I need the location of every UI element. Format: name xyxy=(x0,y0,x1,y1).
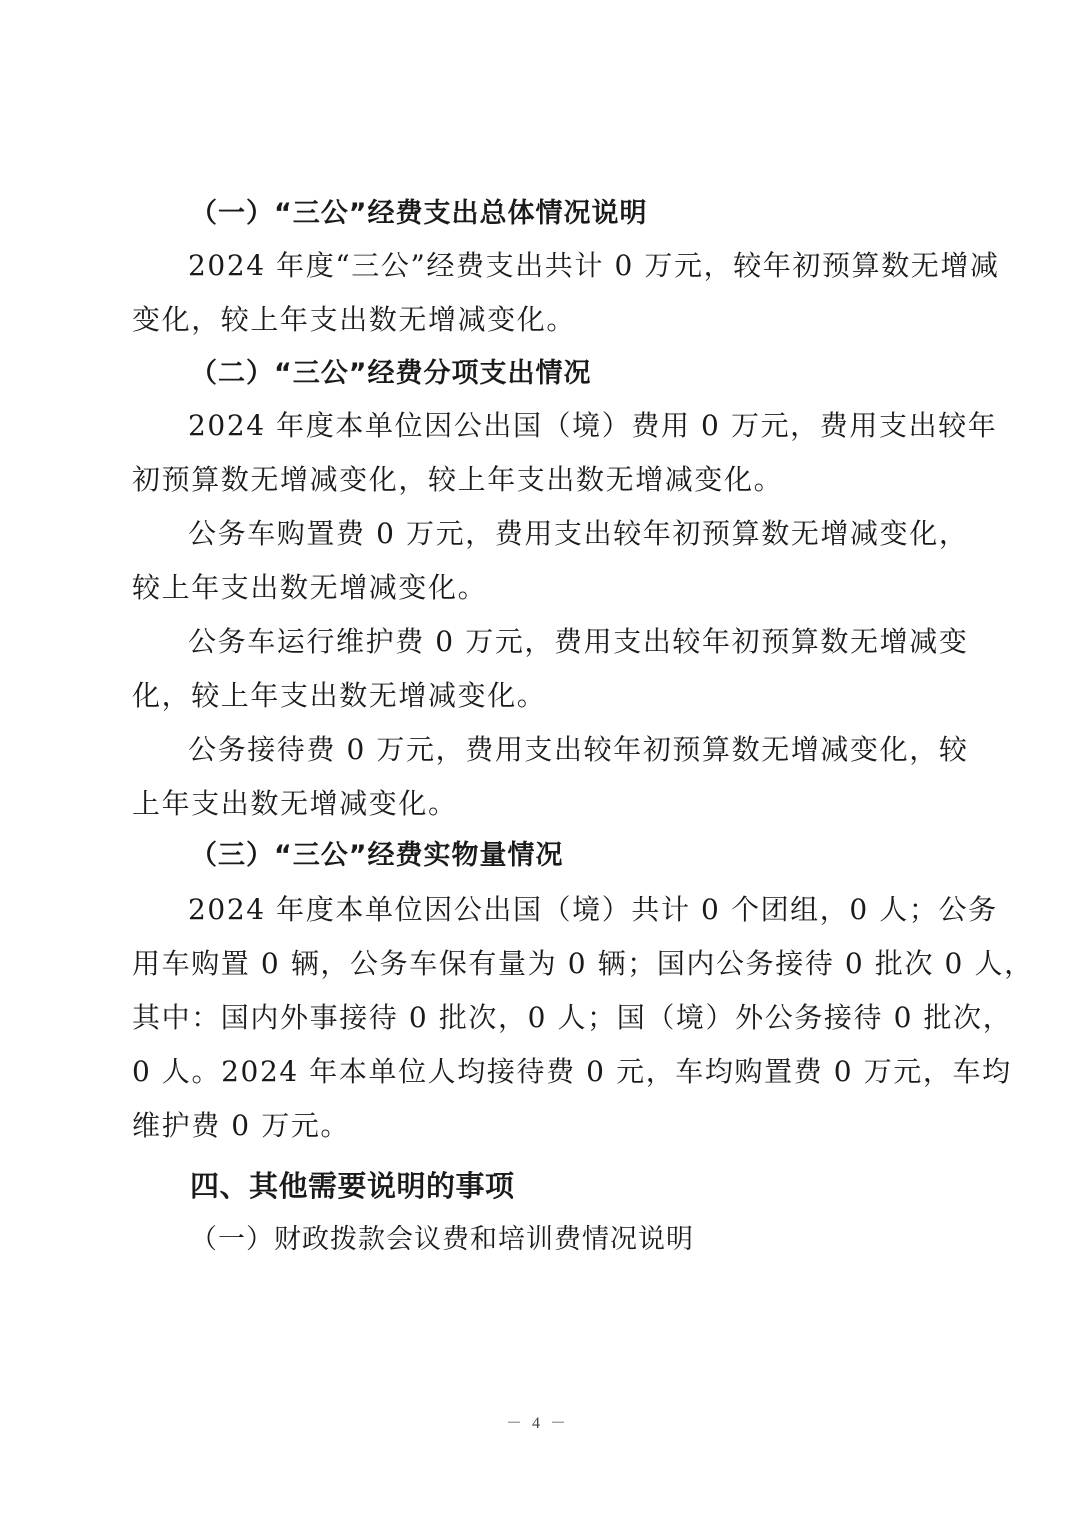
paragraph-line: 上年支出数无增减变化。 xyxy=(132,786,944,822)
paragraph-line: 公务车运行维护费 0 万元，费用支出较年初预算数无增减变 xyxy=(188,624,944,660)
section-heading-itemized: （二）“三公”经费分项支出情况 xyxy=(190,356,1002,392)
paragraph-line: 其中：国内外事接待 0 批次，0 人；国（境）外公务接待 0 批次， xyxy=(132,1000,944,1036)
document-page: （一）“三公”经费支出总体情况说明 2024 年度“三公”经费支出共计 0 万元… xyxy=(0,0,1075,1520)
paragraph-line: 化，较上年支出数无增减变化。 xyxy=(132,678,944,714)
section-heading-physical: （三）“三公”经费实物量情况 xyxy=(190,838,1002,874)
paragraph-line: 0 人。2024 年本单位人均接待费 0 元，车均购置费 0 万元，车均 xyxy=(132,1054,944,1090)
paragraph-line: 维护费 0 万元。 xyxy=(132,1108,944,1144)
section-heading-meeting-training: （一）财政拨款会议费和培训费情况说明 xyxy=(190,1222,1002,1258)
paragraph-line: 用车购置 0 辆，公务车保有量为 0 辆；国内公务接待 0 批次 0 人， xyxy=(132,946,944,982)
main-heading-other-matters: 四、其他需要说明的事项 xyxy=(190,1168,1002,1204)
paragraph-line: 2024 年度“三公”经费支出共计 0 万元，较年初预算数无增减 xyxy=(188,248,944,284)
paragraph-line: 2024 年度本单位因公出国（境）共计 0 个团组，0 人；公务 xyxy=(188,892,944,928)
page-number: － 4 － xyxy=(0,1410,1075,1433)
paragraph-line: 较上年支出数无增减变化。 xyxy=(132,570,944,606)
paragraph-line: 初预算数无增减变化，较上年支出数无增减变化。 xyxy=(132,462,944,498)
section-heading-overall: （一）“三公”经费支出总体情况说明 xyxy=(190,196,1002,232)
paragraph-line: 2024 年度本单位因公出国（境）费用 0 万元，费用支出较年 xyxy=(188,408,944,444)
paragraph-line: 公务接待费 0 万元，费用支出较年初预算数无增减变化，较 xyxy=(188,732,944,768)
paragraph-line: 公务车购置费 0 万元，费用支出较年初预算数无增减变化， xyxy=(188,516,944,552)
paragraph-line: 变化，较上年支出数无增减变化。 xyxy=(132,302,944,338)
